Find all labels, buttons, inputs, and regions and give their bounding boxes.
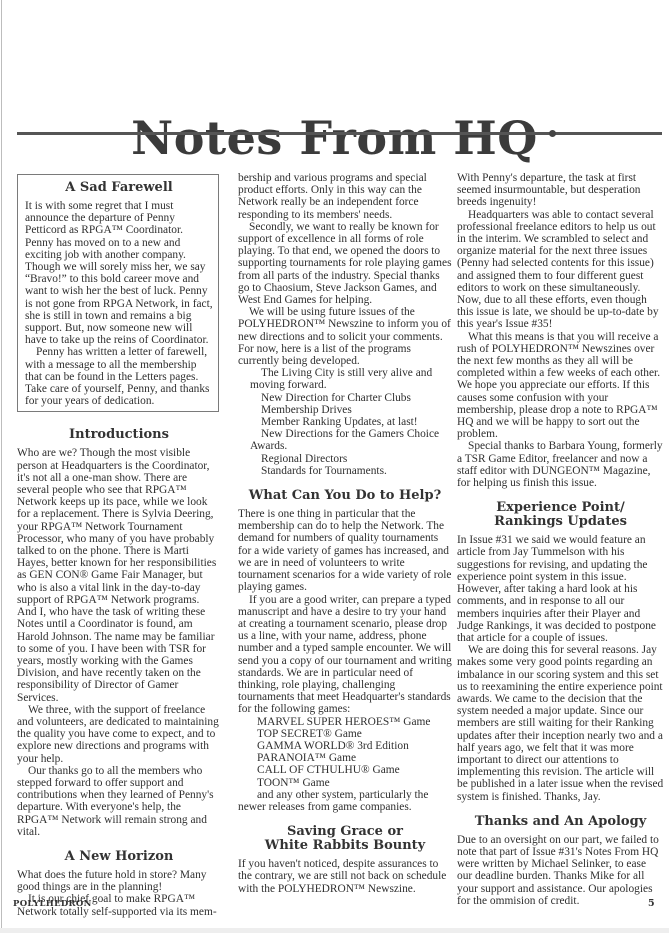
game-item: TOP SECRET® Game — [238, 728, 452, 740]
paragraph: bership and various programs and special… — [238, 172, 452, 221]
title-rule — [17, 132, 662, 135]
program-item: Standards for Tournaments. — [238, 465, 452, 477]
continued-section: bership and various programs and special… — [238, 172, 452, 477]
programs-list: The Living City is still very alive and … — [238, 367, 452, 477]
saving-grace-section: Saving Grace or White Rabbits Bounty If … — [238, 825, 452, 895]
paragraph: We are doing this for several reasons. J… — [457, 644, 664, 803]
program-item: Member Ranking Updates, at last! — [238, 416, 452, 428]
introductions-heading: Introductions — [17, 428, 221, 442]
program-item: Regional Directors — [238, 453, 452, 465]
heading-line: Rankings Updates — [494, 514, 627, 529]
paragraph: We will be using future issues of the PO… — [238, 306, 452, 367]
program-item: Membership Drives — [238, 404, 452, 416]
introductions-section: Introductions Who are we? Though the mos… — [17, 428, 221, 838]
game-item: GAMMA WORLD® 3rd Edition — [238, 740, 452, 752]
game-item: PARANOIA™ Game — [238, 752, 452, 764]
apology-heading: Thanks and An Apology — [457, 815, 664, 829]
paragraph: It is with some regret that I must annou… — [25, 200, 213, 346]
paragraph: If you are a good writer, can prepare a … — [238, 594, 452, 716]
paragraph: In Issue #31 we said we would feature an… — [457, 534, 664, 644]
footer-page-number: 5 — [648, 898, 655, 909]
heading-line: Experience Point/ — [496, 500, 624, 515]
paragraph: Penny has written a letter of farewell, … — [25, 346, 213, 407]
column-3: With Penny's departure, the task at firs… — [457, 148, 664, 919]
paragraph: Due to an oversight on our part, we fail… — [457, 834, 664, 907]
footer-publication-name: POLYLHEDRON — [13, 899, 92, 909]
continued-section: With Penny's departure, the task at firs… — [457, 172, 664, 489]
program-item: The Living City is still very alive and … — [238, 367, 452, 391]
title-rule-ornament — [549, 130, 556, 137]
paragraph: If you haven't noticed, despite assuranc… — [238, 858, 452, 895]
apology-section: Thanks and An Apology Due to an oversigh… — [457, 815, 664, 907]
paragraph: What does the future hold in store? Many… — [17, 869, 221, 893]
paragraph: Who are we? Though the most visible pers… — [17, 447, 221, 703]
sad-farewell-heading: A Sad Farewell — [25, 181, 213, 195]
column-2: bership and various programs and special… — [238, 148, 452, 907]
program-item: New Directions for the Gamers Choice Awa… — [238, 428, 452, 452]
sad-farewell-box: A Sad Farewell It is with some regret th… — [17, 174, 219, 412]
paragraph: Headquarters was able to contact several… — [457, 209, 664, 331]
game-item: MARVEL SUPER HEROES™ Game — [238, 716, 452, 728]
program-item: New Direction for Charter Clubs — [238, 392, 452, 404]
paragraph: Secondly, we want to really be known for… — [238, 221, 452, 306]
paragraph: With Penny's departure, the task at firs… — [457, 172, 664, 209]
paragraph: Our thanks go to all the members who ste… — [17, 765, 221, 838]
games-list: MARVEL SUPER HEROES™ Game TOP SECRET® Ga… — [238, 716, 452, 789]
xp-updates-heading: Experience Point/ Rankings Updates — [457, 501, 664, 529]
paragraph: and any other system, particularly the n… — [238, 789, 452, 813]
heading-line: Saving Grace or — [287, 824, 403, 839]
heading-line: White Rabbits Bounty — [265, 838, 425, 853]
game-item: TOON™ Game — [238, 777, 452, 789]
game-item: CALL OF CTHULHU® Game — [238, 764, 452, 776]
paragraph: Special thanks to Barbara Young, formerl… — [457, 440, 664, 489]
new-horizon-heading: A New Horizon — [17, 850, 221, 864]
help-heading: What Can You Do to Help? — [238, 489, 452, 503]
saving-grace-heading: Saving Grace or White Rabbits Bounty — [238, 825, 452, 853]
help-section: What Can You Do to Help? There is one th… — [238, 489, 452, 813]
paragraph: We three, with the support of freelance … — [17, 704, 221, 765]
paragraph: There is one thing in particular that th… — [238, 508, 452, 593]
paragraph: What this means is that you will receive… — [457, 331, 664, 441]
column-1: A Sad Farewell It is with some regret th… — [17, 148, 221, 930]
xp-updates-section: Experience Point/ Rankings Updates In Is… — [457, 501, 664, 802]
